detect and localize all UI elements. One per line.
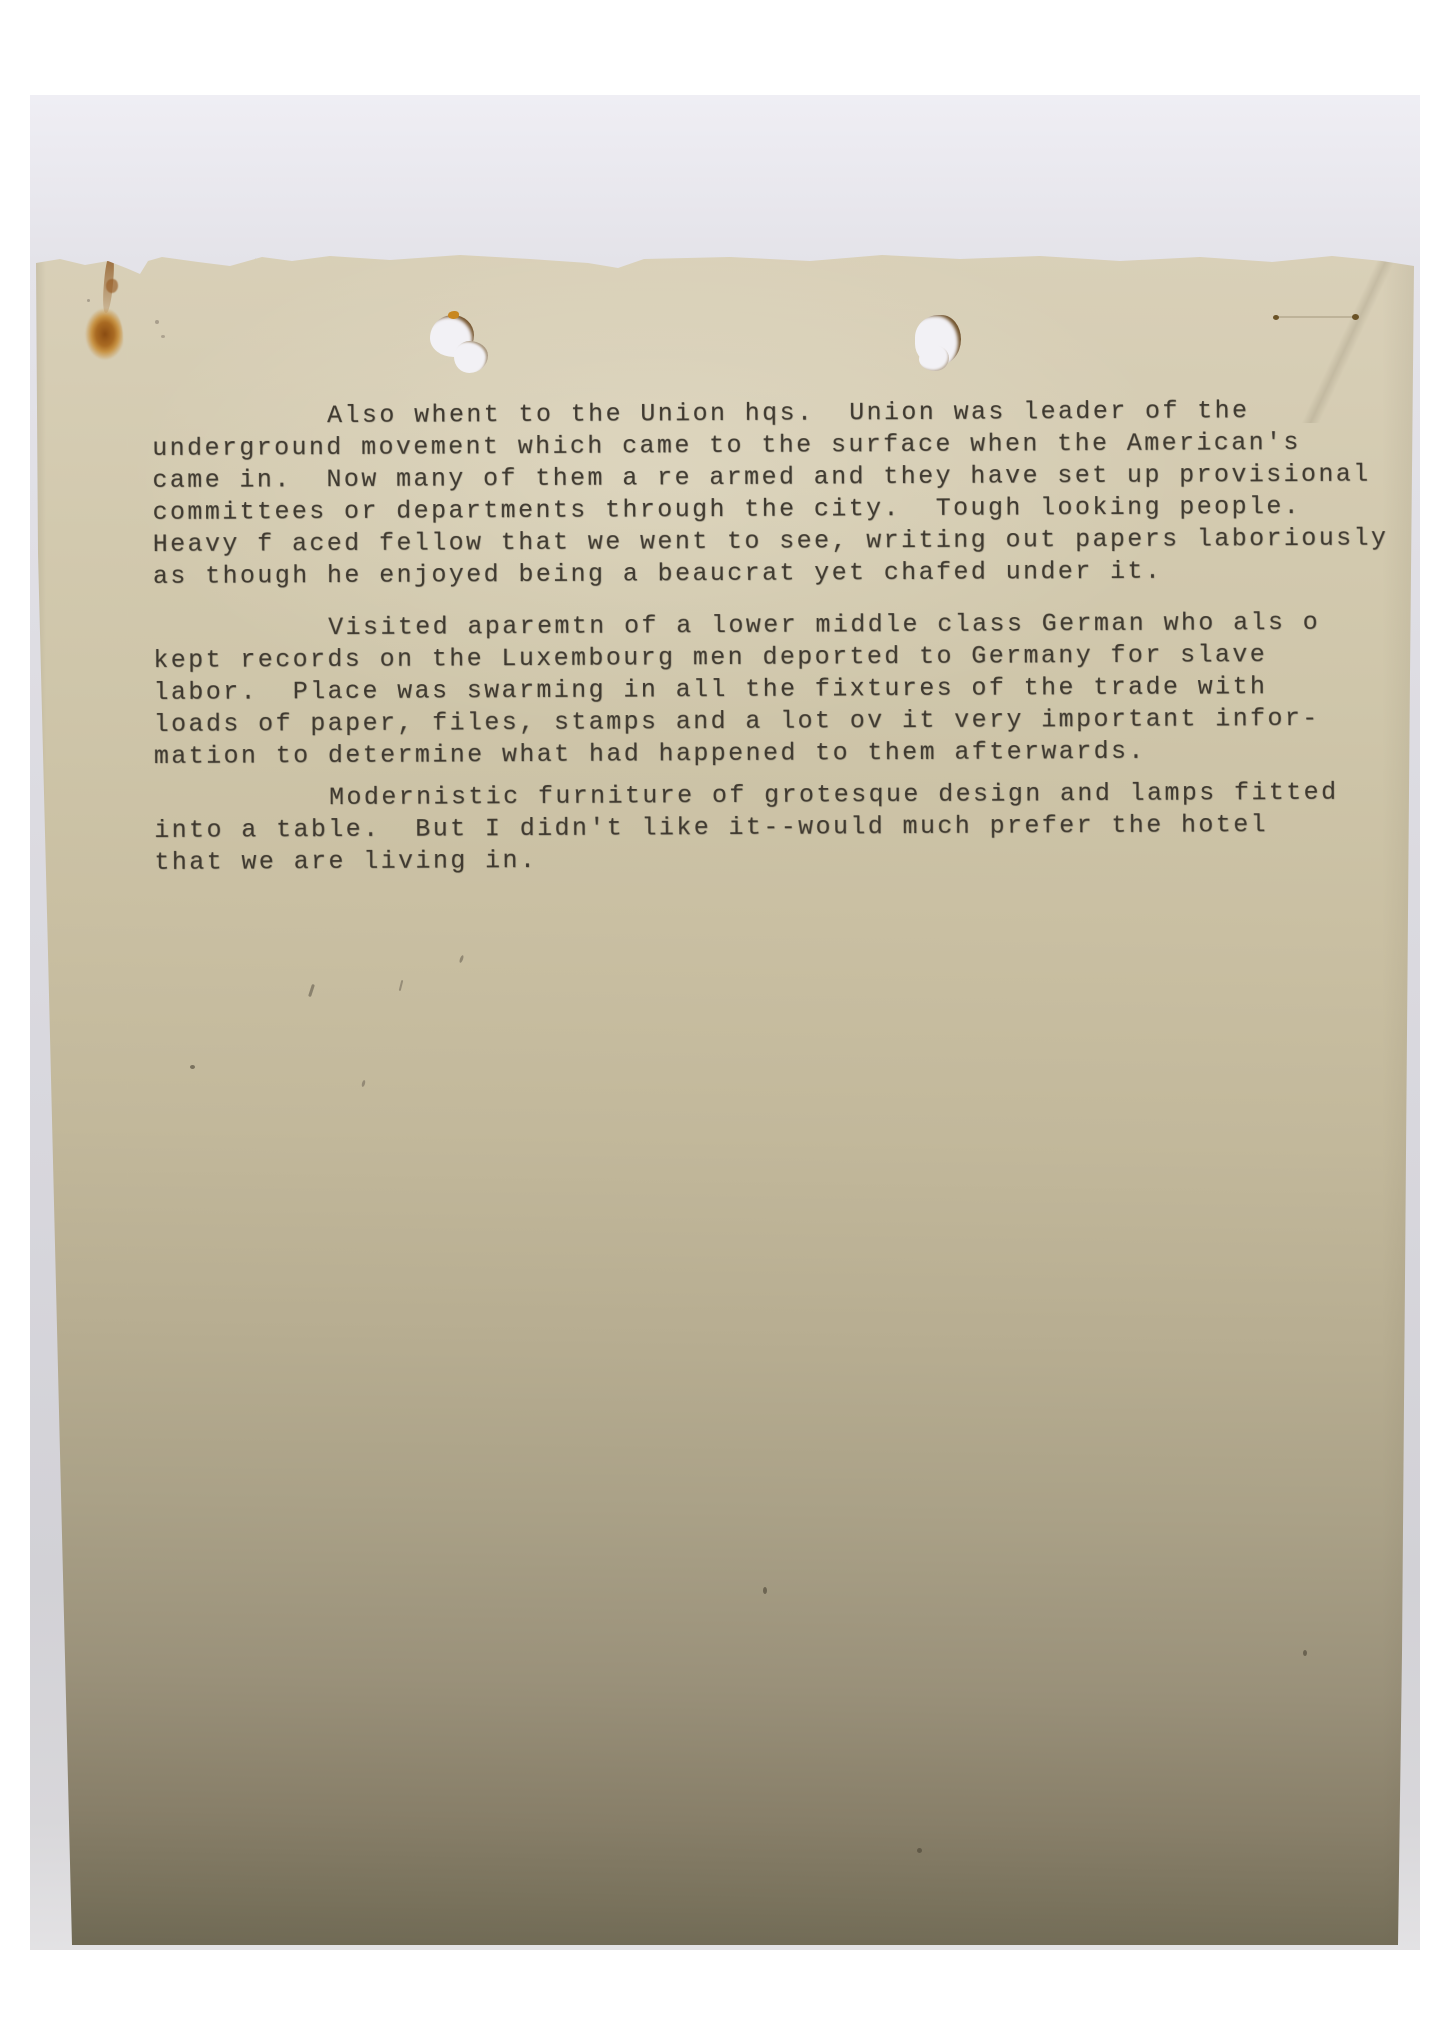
paragraph: Visited aparemtn of a lower middle class… <box>153 606 1420 773</box>
rust-stain-blob <box>106 279 118 293</box>
paper-speck <box>1303 1650 1307 1656</box>
paper-speck <box>190 1065 195 1069</box>
text-line: as though he enjoyed being a beaucrat ye… <box>153 554 1420 593</box>
paper-speck <box>161 335 165 338</box>
paper-speck <box>235 260 239 263</box>
punch-hole-left-lobe <box>454 341 488 373</box>
text-line: that we are living in. <box>154 840 1420 879</box>
text-line: Heavy f aced fellow that we went to see,… <box>153 522 1420 561</box>
paper-speck <box>1273 315 1279 320</box>
paper-crease-line <box>1276 316 1354 318</box>
paper-speck <box>459 955 465 964</box>
paper-speck <box>252 255 257 259</box>
paper-speck <box>763 1587 767 1594</box>
punch-hole-right-lobe <box>919 345 949 371</box>
paper-speck <box>361 1080 366 1088</box>
paragraph: Modernistic furniture of grotesque desig… <box>154 776 1420 879</box>
rust-fleck <box>448 311 459 319</box>
text-line: mation to determine what had happened to… <box>154 734 1420 773</box>
pen-mark <box>308 984 315 997</box>
paper-speck <box>917 1848 922 1853</box>
punch-hole-left <box>430 315 474 357</box>
pen-mark <box>399 980 404 991</box>
paragraph: Also whent to the Union hqs. Union was l… <box>152 394 1420 593</box>
rust-stain <box>83 308 123 366</box>
paper-speck <box>87 299 90 302</box>
paper-speck <box>155 320 159 324</box>
typed-text: Also whent to the Union hqs. Union was l… <box>152 394 1420 879</box>
text-line: into a table. But I didn't like it--woul… <box>154 808 1420 847</box>
photo-backdrop: Also whent to the Union hqs. Union was l… <box>30 95 1420 1950</box>
paper-sheet: Also whent to the Union hqs. Union was l… <box>30 253 1420 1945</box>
paper-speck <box>215 256 220 260</box>
paper-speck <box>1352 314 1359 320</box>
punch-hole-right <box>915 315 961 365</box>
text-line: loads of paper, files, stamps and a lot … <box>154 702 1420 741</box>
